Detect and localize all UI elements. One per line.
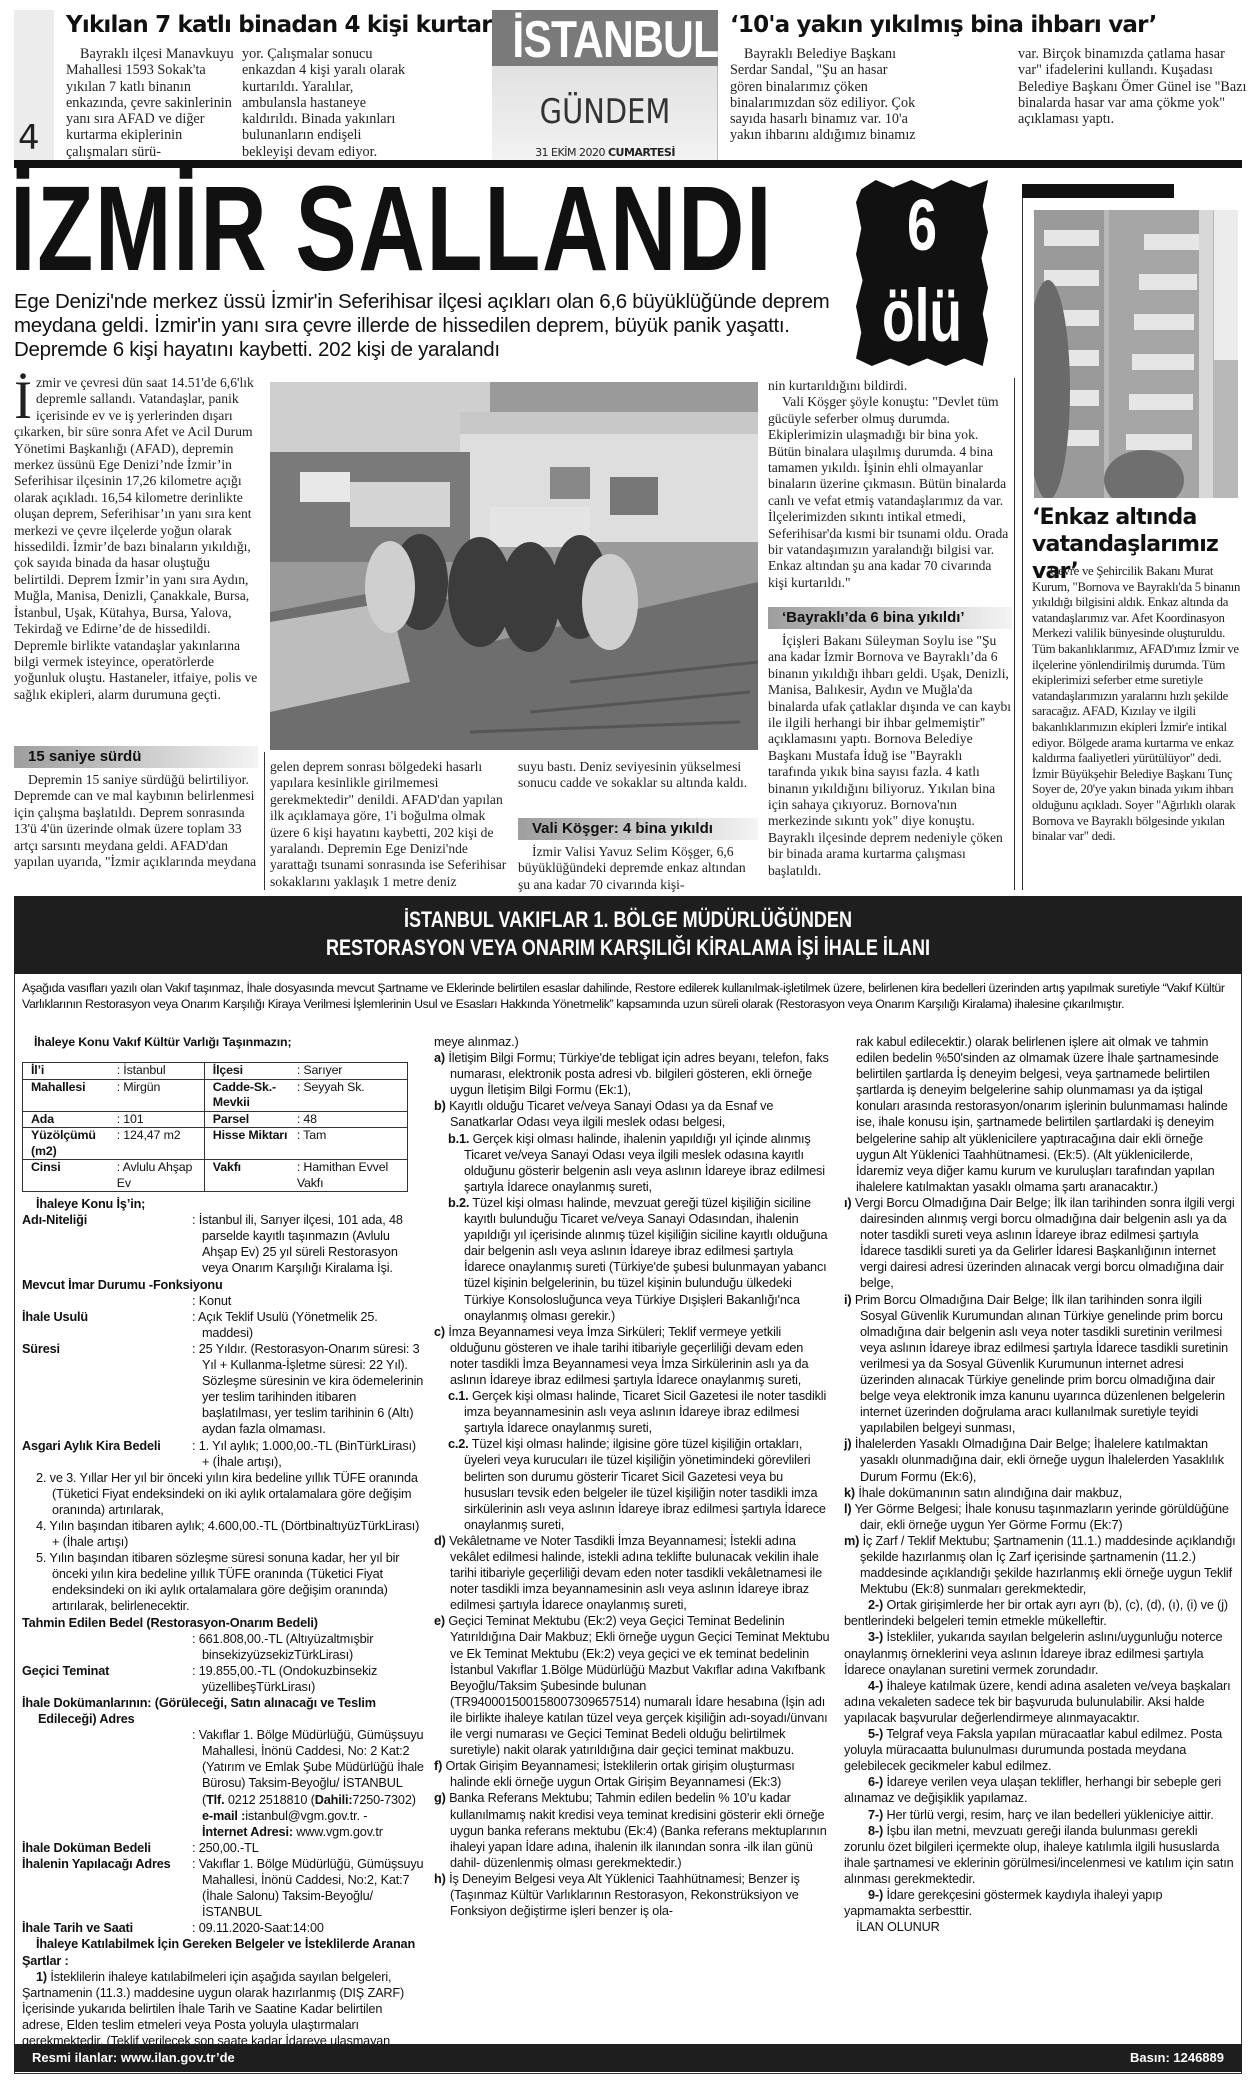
col-rule — [264, 752, 265, 890]
ad-footer: Resmi ilanlar: www.ilan.gov.tr’de Basın:… — [14, 2044, 1242, 2072]
requirement-item: c) İmza Beyannamesi veya İmza Sirküleri;… — [434, 1324, 832, 1388]
right-story-headline: ‘10'a yakın yıkılmış bina ihbarı var’ — [730, 12, 1157, 38]
damaged-building-photo — [1034, 210, 1238, 498]
main-col4-cont: İçişleri Bakanı Süleyman Soylu ise "Şu a… — [768, 633, 1012, 879]
property-row: Cinsi: Avlulu Ahşap EvVakfı: Hamithan Ev… — [23, 1160, 408, 1192]
requirement-item: a) İletişim Bilgi Formu; Türkiye'de tebl… — [434, 1050, 832, 1098]
ad-col2: meye alınmaz.) a) İletişim Bilgi Formu; … — [434, 1034, 832, 1919]
side-bar — [1022, 184, 1174, 198]
ad-col1: İhaleye Konu Vakıf Kültür Varlığı Taşınm… — [22, 1034, 424, 2065]
right-story-col1: Bayraklı Belediye Başkanı Serdar Sandal,… — [730, 46, 916, 144]
numbered-clause: 9-) İdare gerekçesini göstermek kaydıyla… — [844, 1887, 1236, 1919]
col-rule — [1014, 378, 1015, 890]
side-text: Çevre ve Şehircilik Bakanı Murat Kurum, … — [1032, 564, 1246, 845]
left-story-col2: yor. Çalışmalar sonucu enkazdan 4 kişi y… — [242, 46, 410, 160]
requirement-item: d) Vekâletname ve Noter Tasdikli İmza Be… — [434, 1533, 832, 1613]
property-row: İl’i: İstanbulİlçesi: Sarıyer — [23, 1063, 408, 1080]
page-number: 4 — [18, 118, 40, 158]
requirement-item: h) İş Deneyim Belgesi veya Alt Yüklenici… — [434, 1871, 832, 1919]
main-col1: İ zmir ve çevresi dün saat 14.51'de 6,6'… — [14, 375, 258, 703]
numbered-clause: 4-) İhaleye katılmak üzere, kendi adına … — [844, 1678, 1236, 1726]
main-deck: Ege Denizi'nde merkez üssü İzmir'in Sefe… — [14, 290, 844, 362]
main-col4: nin kurtarıldığını bildirdi. Vali Köşger… — [768, 378, 1012, 591]
subhead-bayrakli: ‘Bayraklı’da 6 bina yıkıldı’ — [768, 607, 1012, 629]
official-ads-link[interactable]: Resmi ilanlar: www.ilan.gov.tr’de — [32, 2044, 235, 2072]
requirement-item: c.2. Tüzel kişi olması halinde; ilgisine… — [434, 1436, 832, 1533]
requirement-item: c.1. Gerçek kişi olması halinde, Ticaret… — [434, 1388, 832, 1436]
requirement-item: l) Yer Görme Belgesi; İhale konusu taşın… — [844, 1501, 1236, 1533]
numbered-clause: 3-) İstekliler, yukarıda sayılan belgele… — [844, 1629, 1236, 1677]
main-col3: suyu bastı. Deniz seviyesinin yükselmesi… — [518, 759, 758, 792]
requirement-item: k) İhale dokümanının satın alındığına da… — [844, 1485, 1236, 1501]
rescue-photo — [270, 382, 758, 750]
death-toll-label: ölü — [874, 276, 969, 356]
requirement-item: f) Ortak Girişim Beyannamesi; İstekliler… — [434, 1758, 832, 1790]
masthead-section: GÜNDEM — [509, 92, 701, 132]
subhead-15-saniye: 15 saniye sürdü — [14, 746, 258, 768]
numbered-clause: 2-) Ortak girişimlerde her bir ortak ayr… — [844, 1597, 1236, 1629]
ad-intro: Aşağıda vasıfları yazılı olan Vakıf taşı… — [22, 980, 1232, 1012]
ad-title: İSTANBUL VAKIFLAR 1. BÖLGE MÜDÜRLÜĞÜNDEN… — [14, 896, 1242, 974]
numbered-clause: 8-) İşbu ilan metni, mevzuatı gereği ila… — [844, 1823, 1236, 1887]
requirement-item: j) İhalelerden Yasaklı Olmadığına Dair B… — [844, 1436, 1236, 1484]
property-table: İl’i: İstanbulİlçesi: SarıyerMahallesi: … — [22, 1062, 408, 1192]
requirement-item: b.2. Tüzel kişi olması halinde, mevzuat … — [434, 1195, 832, 1324]
property-row: Yüzölçümü (m2): 124,47 m2Hisse Miktarı: … — [23, 1128, 408, 1160]
numbered-clause: 5-) Telgraf veya Faksla yapılan müracaat… — [844, 1726, 1236, 1774]
numbered-clause: 7-) Her türlü vergi, resim, harç ve ilan… — [844, 1807, 1236, 1823]
main-headline: İZMİR SALLANDI — [10, 178, 773, 280]
masthead-date: 31 EKİM 2020 CUMARTESİ — [492, 146, 718, 159]
main-col2: gelen deprem sonrası bölgedeki hasarlı y… — [270, 759, 508, 890]
masthead-title: İSTANBUL — [512, 10, 697, 70]
main-col3-cont: İzmir Valisi Yavuz Selim Köşger, 6,6 büy… — [518, 844, 758, 893]
requirement-item: m) İç Zarf / Teklif Mektubu; Şartnamenin… — [844, 1533, 1236, 1597]
property-row: Mahallesi: MirgünCadde-Sk.-Mevkii: Seyya… — [23, 1079, 408, 1111]
left-story-headline: Yıkılan 7 katlı binadan 4 kişi kurtarıld… — [66, 12, 529, 38]
left-story-col1: Bayraklı ilçesi Manavkuyu Mahallesi 1593… — [66, 46, 236, 160]
drop-cap: İ — [14, 377, 32, 423]
subhead-vali: Vali Köşger: 4 bina yıkıldı — [518, 818, 758, 840]
masthead: İSTANBUL GÜNDEM 31 EKİM 2020 CUMARTESİ — [492, 10, 718, 160]
press-number: Basın: 1246889 — [1130, 2044, 1224, 2072]
requirement-item: g) Banka Referans Mektubu; Tahmin edilen… — [434, 1790, 832, 1870]
requirement-item: ı) Vergi Borcu Olmadığına Dair Belge; İl… — [844, 1195, 1236, 1292]
main-col1-cont: Depremin 15 saniye sürdüğü belirtiliyor.… — [14, 772, 258, 870]
right-story-col2: var. Birçok binamızda çatlama hasar var"… — [1018, 46, 1248, 127]
death-toll-number: 6 — [873, 186, 972, 266]
property-row: Ada: 101Parsel: 48 — [23, 1111, 408, 1128]
ad-col3: rak kabul edilecektir.) olarak belirlene… — [844, 1034, 1236, 1935]
numbered-clause: 6-) İdareye verilen veya ulaşan teklifle… — [844, 1774, 1236, 1806]
requirement-item: b) Kayıtlı olduğu Ticaret ve/veya Sanayi… — [434, 1098, 832, 1130]
side-rule — [1022, 198, 1023, 890]
requirement-item: e) Geçici Teminat Mektubu (Ek:2) veya Ge… — [434, 1613, 832, 1758]
requirement-item: b.1. Gerçek kişi olması halinde, ihaleni… — [434, 1131, 832, 1195]
requirement-item: i) Prim Borcu Olmadığına Dair Belge; İlk… — [844, 1292, 1236, 1437]
